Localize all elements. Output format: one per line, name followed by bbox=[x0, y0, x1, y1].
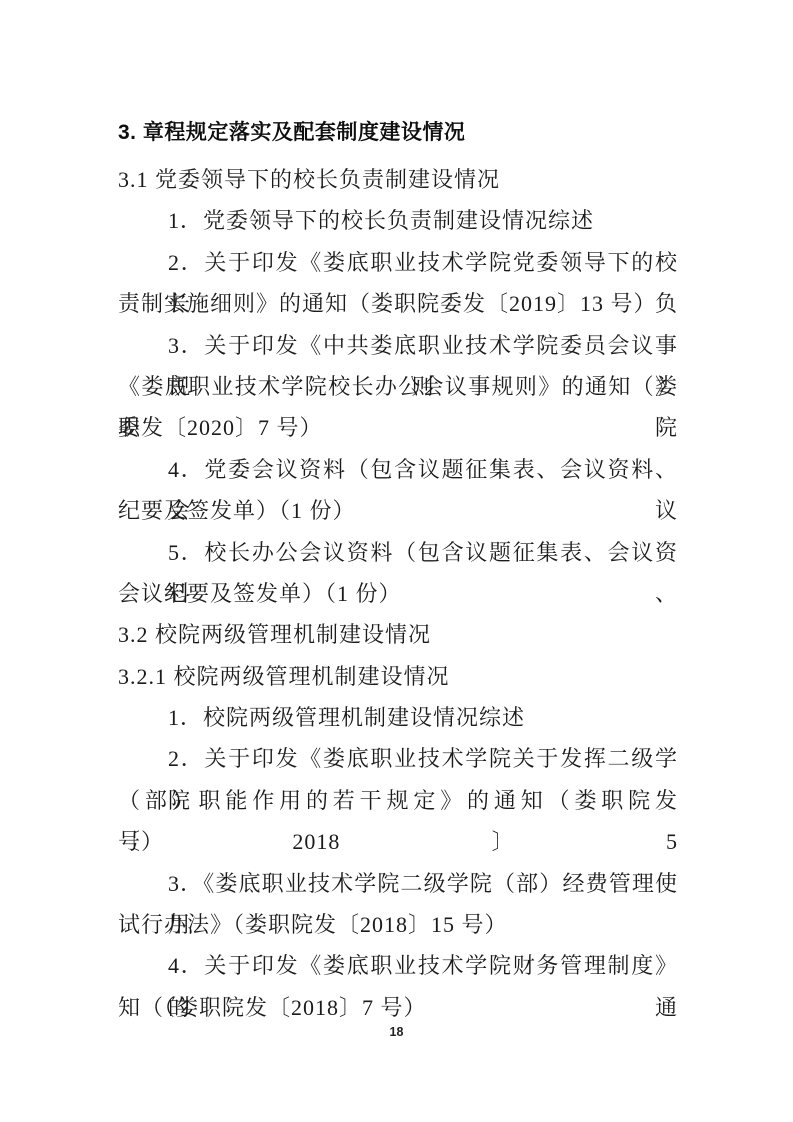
text-line: 3．《娄底职业技术学院二级学院（部）经费管理使用 bbox=[118, 863, 678, 904]
document-page: 3. 章程规定落实及配套制度建设情况 3.1 党委领导下的校长负责制建设情况 1… bbox=[0, 0, 793, 1122]
text-line: 1．校院两级管理机制建设情况综述 bbox=[118, 697, 678, 738]
text-line: 3．关于印发《中共娄底职业技术学院委员会议事规则》 bbox=[118, 325, 678, 366]
page-number: 18 bbox=[0, 1025, 793, 1039]
text-line: 2．关于印发《娄底职业技术学院关于发挥二级学院 bbox=[118, 738, 678, 779]
section-heading: 3. 章程规定落实及配套制度建设情况 bbox=[118, 118, 678, 148]
text-line: 3.2 校院两级管理机制建设情况 bbox=[118, 614, 678, 655]
text-line: 责制实施细则》的通知（娄职院委发〔2019〕13 号） bbox=[118, 283, 678, 324]
text-line: 试行办法》（娄职院发〔2018〕15 号） bbox=[118, 904, 678, 945]
text-line: 4．党委会议资料（包含议题征集表、会议资料、会议 bbox=[118, 449, 678, 490]
text-line: 3.1 党委领导下的校长负责制建设情况 bbox=[118, 159, 678, 200]
text-line: 2．关于印发《娄底职业技术学院党委领导下的校长负 bbox=[118, 242, 678, 283]
text-line: 4．关于印发《娄底职业技术学院财务管理制度》的通 bbox=[118, 945, 678, 986]
text-line: 《娄底职业技术学院校长办公会议事规则》的通知（娄职院 bbox=[118, 366, 678, 407]
text-line: （部）职能作用的若干规定》的通知（娄职院发〔2018〕5 bbox=[118, 780, 678, 821]
text-line: 3.2.1 校院两级管理机制建设情况 bbox=[118, 656, 678, 697]
document-body: 3.1 党委领导下的校长负责制建设情况 1．党委领导下的校长负责制建设情况综述 … bbox=[118, 159, 678, 1028]
text-line: 5．校长办公会议资料（包含议题征集表、会议资料、 bbox=[118, 532, 678, 573]
text-line: 1．党委领导下的校长负责制建设情况综述 bbox=[118, 200, 678, 241]
